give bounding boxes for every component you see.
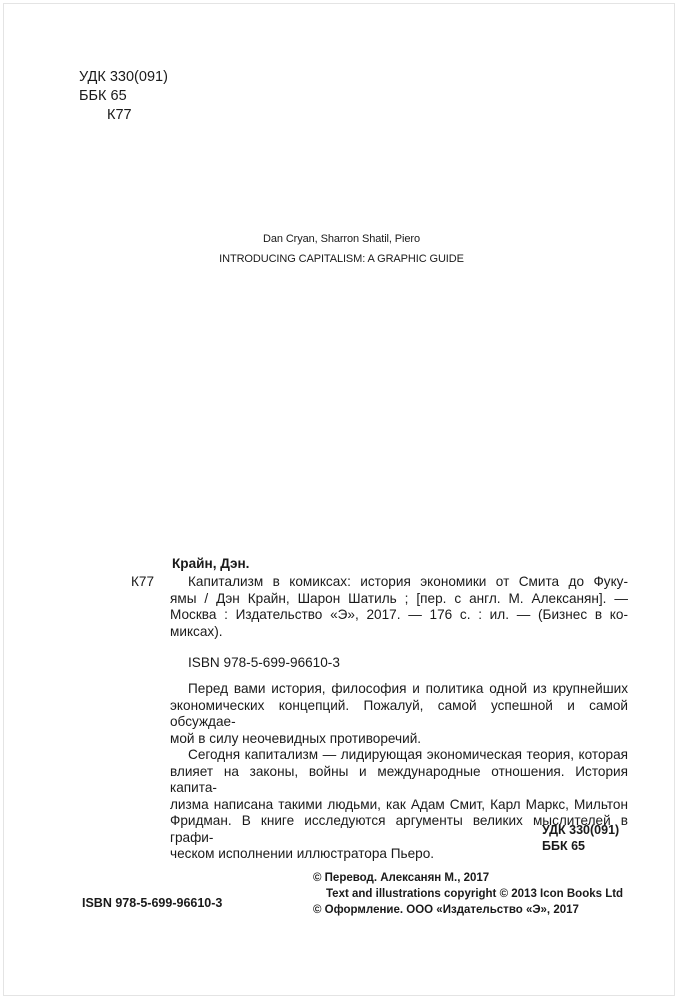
annotation-line: влияет на законы, войны и международные … <box>170 764 628 797</box>
description-line: Москва : Издательство «Э», 2017. — 176 с… <box>170 607 628 624</box>
isbn-footer: ISBN 978-5-699-96610-3 <box>82 895 222 912</box>
bbk-code-bottom: ББК 65 <box>542 838 585 854</box>
author-mark-top: К77 <box>107 106 132 125</box>
udk-code-top: УДК 330(091) <box>79 68 168 87</box>
annotation-line: экономических концепций. Пожалуй, самой … <box>170 698 628 731</box>
copyright-translation: © Перевод. Алексанян М., 2017 <box>313 870 489 887</box>
original-title: INTRODUCING CAPITALISM: A GRAPHIC GUIDE <box>0 249 683 270</box>
copyright-design: © Оформление. ООО «Издательство «Э», 201… <box>313 902 579 919</box>
description-line: миксах). <box>170 624 628 641</box>
bibliographic-description: Капитализм в комиксах: история экономики… <box>170 574 628 640</box>
annotation-line: Перед вами история, философия и политика… <box>170 681 628 698</box>
original-authors: Dan Cryan, Sharron Shatil, Piero <box>0 229 683 250</box>
annotation-line: лизма написана такими людьми, как Адам С… <box>170 797 628 814</box>
isbn-record: ISBN 978-5-699-96610-3 <box>188 655 340 672</box>
bbk-code-top: ББК 65 <box>79 87 127 106</box>
description-line: Капитализм в комиксах: история экономики… <box>170 574 628 591</box>
author-mark: К77 <box>131 574 154 591</box>
udk-code-bottom: УДК 330(091) <box>542 822 619 838</box>
copyright-original: Text and illustrations copyright © 2013 … <box>326 886 623 903</box>
annotation-line: мой в силу неочевидных противоречий. <box>170 731 628 748</box>
description-line: ямы / Дэн Крайн, Шарон Шатиль ; [пер. с … <box>170 591 628 608</box>
annotation-line: Сегодня капитализм — лидирующая экономич… <box>170 747 628 764</box>
author-heading: Крайн, Дэн. <box>172 556 249 573</box>
